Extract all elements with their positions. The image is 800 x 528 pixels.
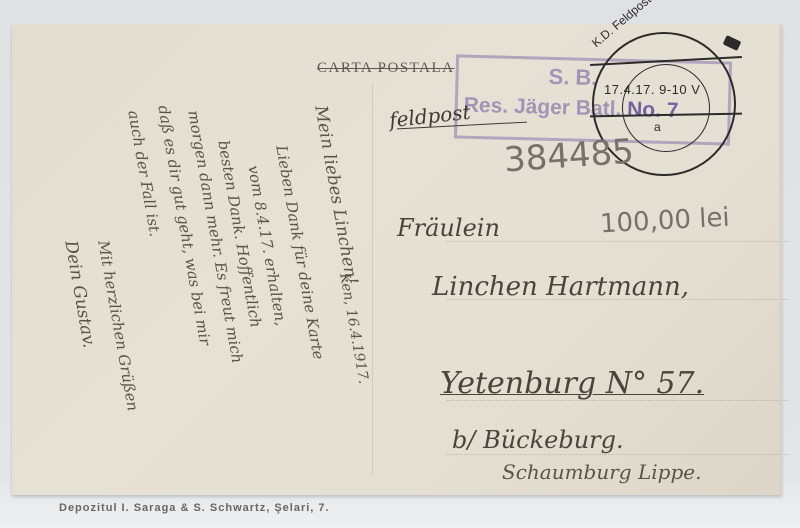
- postmark-date: 17.4.17. 9-10 V: [604, 82, 700, 97]
- message-line: Mein liebes Linchen!: [310, 104, 361, 286]
- stamp-fragment: [723, 35, 742, 51]
- publisher-imprint: Depozitul I. Saraga & S. Schwartz, Şelar…: [59, 502, 330, 514]
- message-line: Mit herzlichen Grüßen: [94, 239, 142, 412]
- printed-title: CARTA POSTALA: [317, 60, 454, 77]
- address-line-4: [447, 454, 789, 455]
- message-address-divider: [372, 84, 373, 474]
- postmark-inner-ring: [622, 64, 710, 152]
- message-line: Lieben Dank für deine Karte: [272, 144, 327, 361]
- box-stamp-line1: S. B.: [548, 64, 598, 91]
- message-dateline: Ken, 16.4.1917.: [336, 272, 371, 385]
- catalog-number: 384485: [503, 132, 635, 181]
- postmark-office: K.D. Feldpost: [589, 0, 654, 50]
- postcard: CARTA POSTALA S. B. Res. Jäger Batl. No.…: [12, 24, 782, 495]
- postmark-sub: a: [654, 120, 661, 134]
- address-city: b/ Bückeburg.: [452, 426, 624, 454]
- message-signature: Dein Gustav.: [60, 239, 99, 350]
- address-salutation: Fräulein: [397, 214, 500, 242]
- address-name: Linchen Hartmann,: [432, 272, 689, 302]
- address-street: Yetenburg N° 57.: [440, 366, 704, 401]
- price-note: 100,00 lei: [599, 203, 730, 240]
- address-region: Schaumburg Lippe.: [502, 460, 701, 484]
